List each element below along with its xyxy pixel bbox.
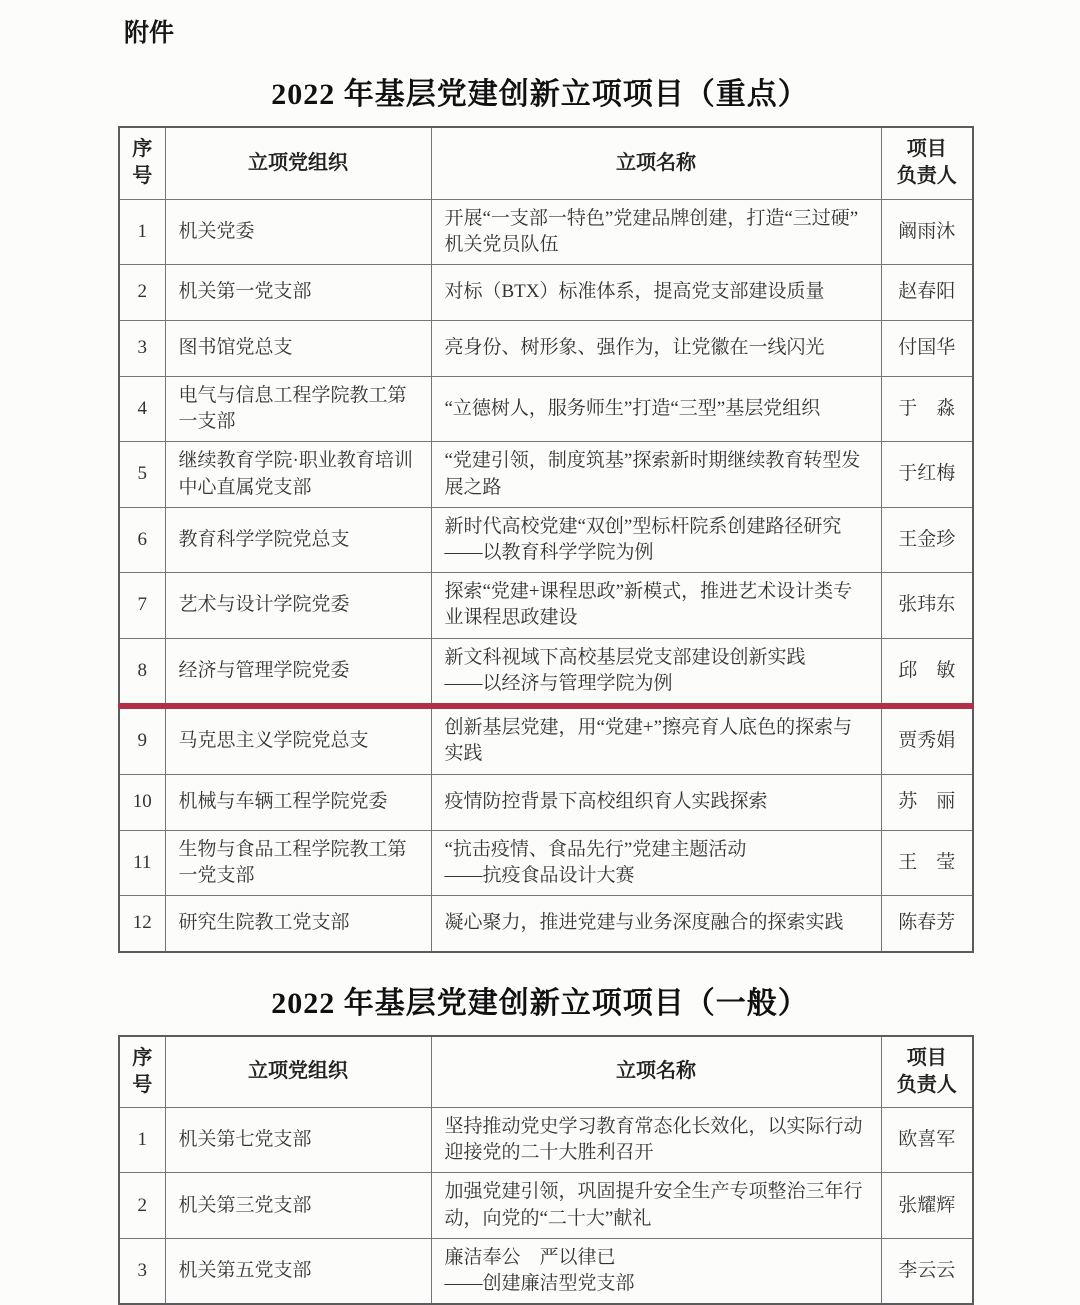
cell-index: 8 xyxy=(119,638,165,706)
cell-name: 探索“党建+课程思政”新模式，推进艺术设计类专业课程思政建设 xyxy=(431,573,881,638)
document-page: 附件 2022 年基层党建创新立项项目（重点） 序 号 立项党组织 立项名称 项… xyxy=(0,0,1080,1305)
cell-name: 凝心聚力，推进党建与业务深度融合的探索实践 xyxy=(431,896,881,952)
cell-index: 9 xyxy=(119,706,165,774)
attachment-label: 附件 xyxy=(124,16,1080,50)
cell-name: 亮身份、树形象、强作为，让党徽在一线闪光 xyxy=(431,320,881,376)
cell-leader: 李云云 xyxy=(881,1238,973,1304)
cell-index: 1 xyxy=(119,199,165,264)
cell-index: 12 xyxy=(119,896,165,952)
cell-name: 开展“一支部一特色”党建品牌创建，打造“三过硬”机关党员队伍 xyxy=(431,199,881,264)
general-table-body: 1 机关第七党支部 坚持推动党史学习教育常态化长效化，以实际行动迎接党的二十大胜… xyxy=(119,1108,973,1305)
header-row: 序 号 立项党组织 立项名称 项目 负责人 xyxy=(119,127,973,199)
header-cell-name: 立项名称 xyxy=(431,1036,881,1108)
table-row-with-red-divider: 8 经济与管理学院党委 新文科视域下高校基层党支部建设创新实践 ——以经济与管理… xyxy=(119,638,973,706)
cell-name: 对标（BTX）标准体系，提高党支部建设质量 xyxy=(431,264,881,320)
cell-leader: 王金珍 xyxy=(881,507,973,572)
cell-name: 创新基层党建，用“党建+”擦亮育人底色的探索与实践 xyxy=(431,706,881,774)
header-cell-org: 立项党组织 xyxy=(165,1036,431,1108)
cell-name: 新文科视域下高校基层党支部建设创新实践 ——以经济与管理学院为例 xyxy=(431,638,881,706)
cell-index: 1 xyxy=(119,1108,165,1173)
cell-org: 电气与信息工程学院教工第一支部 xyxy=(165,376,431,441)
header-row: 序 号 立项党组织 立项名称 项目 负责人 xyxy=(119,1036,973,1108)
cell-leader: 赵春阳 xyxy=(881,264,973,320)
cell-leader: 王 莹 xyxy=(881,830,973,895)
cell-leader: 付国华 xyxy=(881,320,973,376)
table-row: 9 马克思主义学院党总支 创新基层党建，用“党建+”擦亮育人底色的探索与实践 贾… xyxy=(119,706,973,774)
cell-leader: 张玮东 xyxy=(881,573,973,638)
cell-index: 3 xyxy=(119,320,165,376)
cell-org: 机关第五党支部 xyxy=(165,1238,431,1304)
header-cell-index: 序 号 xyxy=(119,1036,165,1108)
cell-name: 疫情防控背景下高校组织育人实践探索 xyxy=(431,774,881,830)
table-row: 2 机关第三党支部 加强党建引领，巩固提升安全生产专项整治三年行动，向党的“二十… xyxy=(119,1173,973,1238)
cell-org: 艺术与设计学院党委 xyxy=(165,573,431,638)
table-row: 7 艺术与设计学院党委 探索“党建+课程思政”新模式，推进艺术设计类专业课程思政… xyxy=(119,573,973,638)
cell-name: 新时代高校党建“双创”型标杆院系创建路径研究 ——以教育科学学院为例 xyxy=(431,507,881,572)
table-row: 1 机关党委 开展“一支部一特色”党建品牌创建，打造“三过硬”机关党员队伍 阚雨… xyxy=(119,199,973,264)
cell-index: 4 xyxy=(119,376,165,441)
cell-leader: 欧喜军 xyxy=(881,1108,973,1173)
header-cell-leader: 项目 负责人 xyxy=(881,1036,973,1108)
key-projects-table: 序 号 立项党组织 立项名称 项目 负责人 1 机关党委 开展“一支部一特色”党… xyxy=(118,126,974,953)
cell-leader: 陈春芳 xyxy=(881,896,973,952)
key-table-title: 2022 年基层党建创新立项项目（重点） xyxy=(0,76,1080,114)
cell-name: “立德树人，服务师生”打造“三型”基层党组织 xyxy=(431,376,881,441)
cell-org: 机关第三党支部 xyxy=(165,1173,431,1238)
cell-name: 坚持推动党史学习教育常态化长效化，以实际行动迎接党的二十大胜利召开 xyxy=(431,1108,881,1173)
cell-org: 马克思主义学院党总支 xyxy=(165,706,431,774)
general-projects-section: 2022 年基层党建创新立项项目（一般） 序 号 立项党组织 立项名称 项目 负… xyxy=(0,985,1080,1305)
table-row: 5 继续教育学院·职业教育培训中心直属党支部 “党建引领，制度筑基”探索新时期继… xyxy=(119,442,973,507)
cell-org: 机械与车辆工程学院党委 xyxy=(165,774,431,830)
table-row: 10 机械与车辆工程学院党委 疫情防控背景下高校组织育人实践探索 苏 丽 xyxy=(119,774,973,830)
cell-org: 图书馆党总支 xyxy=(165,320,431,376)
table-row: 3 图书馆党总支 亮身份、树形象、强作为，让党徽在一线闪光 付国华 xyxy=(119,320,973,376)
cell-org: 经济与管理学院党委 xyxy=(165,638,431,706)
cell-leader: 邱 敏 xyxy=(881,638,973,706)
cell-org: 机关第七党支部 xyxy=(165,1108,431,1173)
cell-org: 继续教育学院·职业教育培训中心直属党支部 xyxy=(165,442,431,507)
cell-org: 生物与食品工程学院教工第一党支部 xyxy=(165,830,431,895)
table-row: 2 机关第一党支部 对标（BTX）标准体系，提高党支部建设质量 赵春阳 xyxy=(119,264,973,320)
cell-name: “抗击疫情、食品先行”党建主题活动 ——抗疫食品设计大赛 xyxy=(431,830,881,895)
cell-org: 机关党委 xyxy=(165,199,431,264)
cell-leader: 于 淼 xyxy=(881,376,973,441)
general-projects-table: 序 号 立项党组织 立项名称 项目 负责人 1 机关第七党支部 坚持推动党史学习… xyxy=(118,1035,974,1305)
cell-index: 6 xyxy=(119,507,165,572)
cell-index: 2 xyxy=(119,1173,165,1238)
cell-leader: 于红梅 xyxy=(881,442,973,507)
table-row: 12 研究生院教工党支部 凝心聚力，推进党建与业务深度融合的探索实践 陈春芳 xyxy=(119,896,973,952)
cell-leader: 苏 丽 xyxy=(881,774,973,830)
table-row: 4 电气与信息工程学院教工第一支部 “立德树人，服务师生”打造“三型”基层党组织… xyxy=(119,376,973,441)
cell-org: 研究生院教工党支部 xyxy=(165,896,431,952)
cell-index: 5 xyxy=(119,442,165,507)
table-row: 6 教育科学学院党总支 新时代高校党建“双创”型标杆院系创建路径研究 ——以教育… xyxy=(119,507,973,572)
cell-leader: 阚雨沐 xyxy=(881,199,973,264)
key-projects-section: 2022 年基层党建创新立项项目（重点） 序 号 立项党组织 立项名称 项目 负… xyxy=(0,76,1080,953)
cell-index: 10 xyxy=(119,774,165,830)
cell-leader: 张耀辉 xyxy=(881,1173,973,1238)
table-row: 11 生物与食品工程学院教工第一党支部 “抗击疫情、食品先行”党建主题活动 ——… xyxy=(119,830,973,895)
cell-index: 11 xyxy=(119,830,165,895)
cell-index: 7 xyxy=(119,573,165,638)
cell-name: 廉洁奉公 严以律已 ——创建廉洁型党支部 xyxy=(431,1238,881,1304)
cell-index: 3 xyxy=(119,1238,165,1304)
general-table-title: 2022 年基层党建创新立项项目（一般） xyxy=(0,985,1080,1023)
cell-name: 加强党建引领，巩固提升安全生产专项整治三年行动，向党的“二十大”献礼 xyxy=(431,1173,881,1238)
header-cell-name: 立项名称 xyxy=(431,127,881,199)
key-table-body: 1 机关党委 开展“一支部一特色”党建品牌创建，打造“三过硬”机关党员队伍 阚雨… xyxy=(119,199,973,952)
cell-name: “党建引领，制度筑基”探索新时期继续教育转型发展之路 xyxy=(431,442,881,507)
table-row: 1 机关第七党支部 坚持推动党史学习教育常态化长效化，以实际行动迎接党的二十大胜… xyxy=(119,1108,973,1173)
header-cell-leader: 项目 负责人 xyxy=(881,127,973,199)
cell-org: 机关第一党支部 xyxy=(165,264,431,320)
table-row: 3 机关第五党支部 廉洁奉公 严以律已 ——创建廉洁型党支部 李云云 xyxy=(119,1238,973,1304)
header-cell-org: 立项党组织 xyxy=(165,127,431,199)
header-cell-index: 序 号 xyxy=(119,127,165,199)
cell-index: 2 xyxy=(119,264,165,320)
cell-leader: 贾秀娟 xyxy=(881,706,973,774)
cell-org: 教育科学学院党总支 xyxy=(165,507,431,572)
